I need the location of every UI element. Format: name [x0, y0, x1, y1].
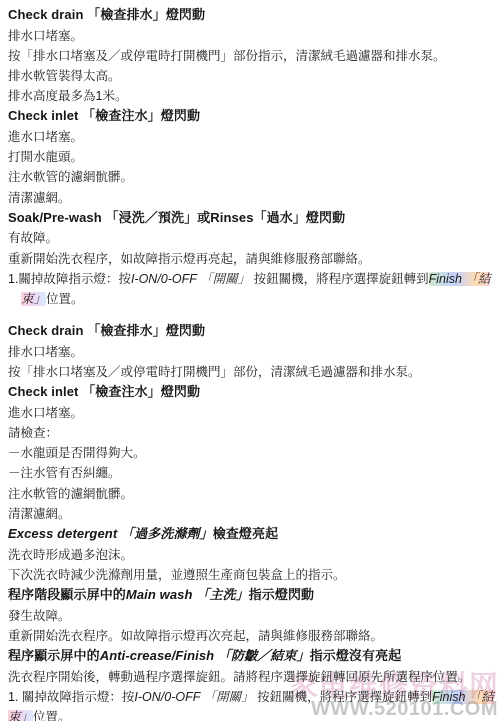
text-segment: 排水口堵塞。 — [8, 29, 83, 43]
text-segment: 洗衣時形成過多泡沫。 — [8, 548, 133, 562]
text-line: 注水軟管的濾網骯髒。 — [8, 484, 498, 504]
text-segment: －注水管有否糾纏。 — [8, 466, 121, 480]
text-line: －注水管有否糾纏。 — [8, 463, 498, 483]
text-segment: Check inlet 「檢查注水」燈閃動 — [8, 108, 200, 123]
text-line: 請檢查： — [8, 423, 498, 443]
list-item: 1. 關掉故障指示燈：按I-ON/0-OFF 「開關」 按鈕關機，將程序選擇旋鈕… — [8, 687, 498, 721]
text-segment: 按鈕關機，將程序選擇旋鈕轉到 — [254, 690, 432, 704]
list-item: 1.關掉故障指示燈：按I-ON/0-OFF 「開關」 按鈕關機，將程序選擇旋鈕轉… — [8, 269, 498, 309]
text-segment: 程序階段顯示屏中的 — [8, 587, 126, 602]
section-heading: Soak/Pre-wash 「浸洗／預洗」或Rinses「過水」燈閃動 — [8, 208, 498, 229]
text-line: 重新開始洗衣程序，如故障指示燈再亮起，請與維修服務部聯絡。 — [8, 249, 498, 269]
text-segment: Excess detergent 「過多洗滌劑」 — [8, 526, 213, 541]
text-segment: 排水口堵塞。 — [8, 345, 83, 359]
text-line: 有故障。 — [8, 228, 498, 248]
text-segment: 洗衣程序開始後，轉動過程序選擇旋鈕。請將程序選擇旋鈕轉回原先所選程序位置。 — [8, 670, 471, 684]
text-line: 進水口堵塞。 — [8, 403, 498, 423]
text-line: 排水高度最多為1米。 — [8, 86, 498, 106]
section-heading: Excess detergent 「過多洗滌劑」檢查燈亮起 — [8, 524, 498, 545]
text-segment: 指示燈沒有亮起 — [310, 648, 402, 663]
text-segment: 清潔濾網。 — [8, 507, 71, 521]
text-line: 洗衣程序開始後，轉動過程序選擇旋鈕。請將程序選擇旋鈕轉回原先所選程序位置。 — [8, 667, 498, 687]
text-line: 清潔濾網。 — [8, 188, 498, 208]
text-segment: －水龍頭是否開得夠大。 — [8, 446, 146, 460]
text-line: 排水口堵塞。 — [8, 342, 498, 362]
text-segment: 1.關掉故障指示燈：按 — [8, 272, 131, 286]
text-segment: 位置。 — [33, 710, 71, 721]
text-segment: I-ON/0-OFF 「開關」 — [134, 690, 253, 704]
text-segment: 按鈕關機，將程序選擇旋鈕轉到 — [250, 272, 428, 286]
text-segment: Check inlet 「檢查注水」燈閃動 — [8, 384, 200, 399]
text-segment: 注水軟管的濾網骯髒。 — [8, 487, 133, 501]
text-line: 按「排水口堵塞及／或停電時打開機門」部份，清潔絨毛過濾器和排水泵。 — [8, 362, 498, 382]
section-heading: 程序階段顯示屏中的Main wash 「主洗」指示燈閃動 — [8, 585, 498, 606]
text-segment: Soak/Pre-wash 「浸洗／預洗」或Rinses「過水」燈閃動 — [8, 210, 345, 225]
text-segment: Check drain 「檢查排水」燈閃動 — [8, 7, 205, 22]
text-line: 排水軟管裝得太高。 — [8, 66, 498, 86]
text-segment: 重新開始洗衣程序，如故障指示燈再亮起，請與維修服務部聯絡。 — [8, 252, 371, 266]
text-segment: 按「排水口堵塞及／或停電時打開機門」部份指示，清潔絨毛過濾器和排水泵。 — [8, 49, 446, 63]
section-heading: Check inlet 「檢查注水」燈閃動 — [8, 382, 498, 403]
text-line: 發生故障。 — [8, 606, 498, 626]
text-line: 下次洗衣時減少洗滌劑用量，並遵照生產商包裝盒上的指示。 — [8, 565, 498, 585]
text-segment: 位置。 — [46, 292, 84, 306]
text-segment: 進水口堵塞。 — [8, 406, 83, 420]
text-line: 注水軟管的濾網骯髒。 — [8, 167, 498, 187]
section-heading: Check drain 「檢查排水」燈閃動 — [8, 321, 498, 342]
text-segment: I-ON/0-OFF 「開關」 — [131, 272, 250, 286]
text-line: 重新開始洗衣程序。如故障指示燈再次亮起，請與維修服務部聯絡。 — [8, 626, 498, 646]
text-line: 排水口堵塞。 — [8, 26, 498, 46]
text-segment: 按「排水口堵塞及／或停電時打開機門」部份，清潔絨毛過濾器和排水泵。 — [8, 365, 421, 379]
text-line: 清潔濾網。 — [8, 504, 498, 524]
document: Check drain 「檢查排水」燈閃動排水口堵塞。按「排水口堵塞及／或停電時… — [0, 0, 501, 721]
text-segment: 1. 關掉故障指示燈：按 — [8, 690, 134, 704]
text-segment: 請檢查： — [8, 426, 58, 440]
text-segment: Anti-crease/Finish 「防皺／結束」 — [100, 648, 310, 663]
section-heading: Check drain 「檢查排水」燈閃動 — [8, 5, 498, 26]
text-segment: 下次洗衣時減少洗滌劑用量，並遵照生產商包裝盒上的指示。 — [8, 568, 346, 582]
text-segment: 打開水龍頭。 — [8, 150, 83, 164]
text-line: 按「排水口堵塞及／或停電時打開機門」部份指示，清潔絨毛過濾器和排水泵。 — [8, 46, 498, 66]
text-segment: 程序顯示屏中的 — [8, 648, 100, 663]
text-segment: 重新開始洗衣程序。如故障指示燈再次亮起，請與維修服務部聯絡。 — [8, 629, 383, 643]
text-segment: 排水軟管裝得太高。 — [8, 69, 121, 83]
text-segment: 有故障。 — [8, 231, 58, 245]
text-segment: 檢查燈亮起 — [213, 526, 279, 541]
section-spacer — [8, 309, 498, 321]
section-heading: Check inlet 「檢查注水」燈閃動 — [8, 106, 498, 127]
text-segment: Check drain 「檢查排水」燈閃動 — [8, 323, 205, 338]
text-segment: 發生故障。 — [8, 609, 71, 623]
text-line: 進水口堵塞。 — [8, 127, 498, 147]
text-segment: 清潔濾網。 — [8, 191, 71, 205]
text-line: 洗衣時形成過多泡沫。 — [8, 545, 498, 565]
text-segment: 指示燈閃動 — [249, 587, 315, 602]
text-segment: Main wash 「主洗」 — [126, 587, 249, 602]
text-segment: 注水軟管的濾網骯髒。 — [8, 170, 133, 184]
text-segment: 排水高度最多為1米。 — [8, 89, 127, 103]
text-line: 打開水龍頭。 — [8, 147, 498, 167]
text-segment: 進水口堵塞。 — [8, 130, 83, 144]
section-heading: 程序顯示屏中的Anti-crease/Finish 「防皺／結束」指示燈沒有亮起 — [8, 646, 498, 667]
text-line: －水龍頭是否開得夠大。 — [8, 443, 498, 463]
